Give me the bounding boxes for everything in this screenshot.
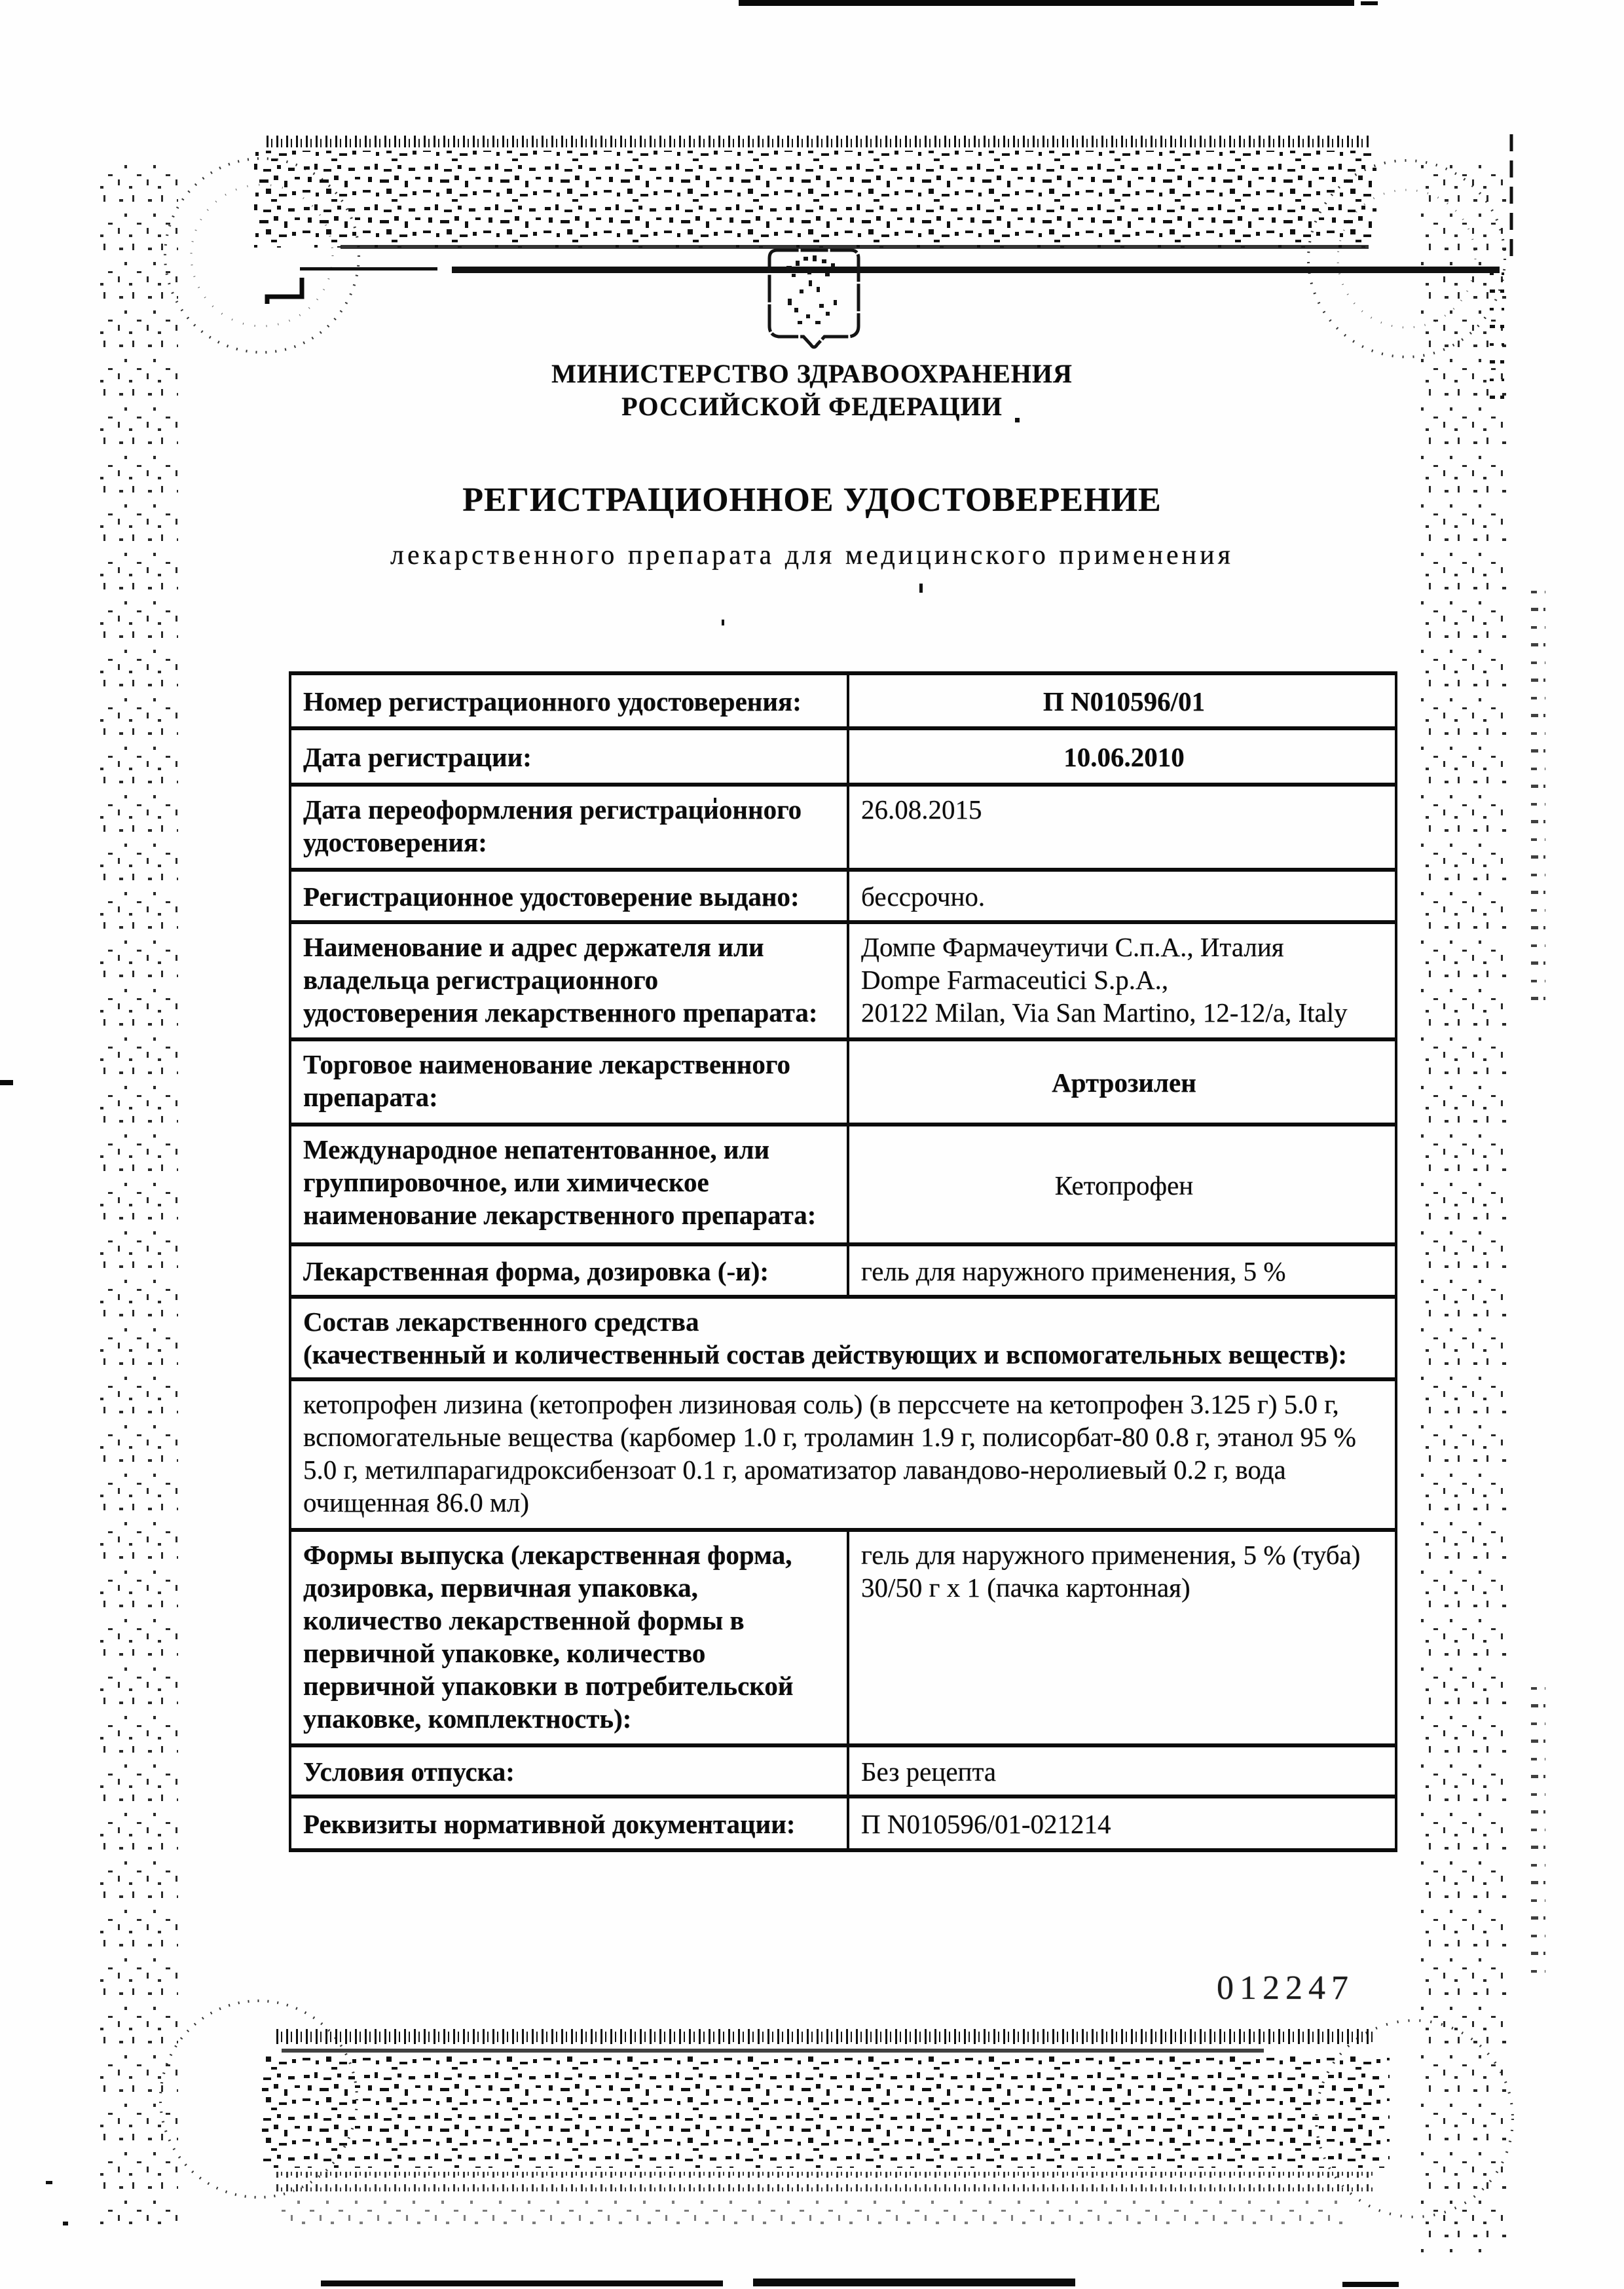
table-row: Условия отпуска: Без рецепта bbox=[290, 1745, 1396, 1796]
table-row: Лекарственная форма, дозировка (-и): гел… bbox=[290, 1244, 1396, 1297]
field-label: Условия отпуска: bbox=[290, 1745, 848, 1796]
table-row: Регистрационное удостоверение выдано: бе… bbox=[290, 870, 1396, 922]
table-row: Номер регистрационного удостоверения: П … bbox=[290, 673, 1396, 728]
field-value: гель для наружного применения, 5 % bbox=[848, 1244, 1396, 1297]
table-row: Состав лекарственного средства (качестве… bbox=[290, 1297, 1396, 1379]
table-row: Дата регистрации: 10.06.2010 bbox=[290, 728, 1396, 785]
table-row: Торговое наименование лекарственного пре… bbox=[290, 1039, 1396, 1125]
table-row: Дата переоформления регистрационного удо… bbox=[290, 785, 1396, 870]
composition-header: Состав лекарственного средства (качестве… bbox=[290, 1297, 1396, 1379]
ministry-line2: РОССИЙСКОЙ ФЕДЕРАЦИИ bbox=[0, 390, 1624, 423]
russia-coat-of-arms-icon bbox=[762, 244, 873, 358]
table-row: кетопрофен лизина (кетопрофен лизиновая … bbox=[290, 1379, 1396, 1530]
field-label: Реквизиты нормативной документации: bbox=[290, 1796, 848, 1850]
table-row: Международное непатентованное, или групп… bbox=[290, 1125, 1396, 1244]
field-value: 10.06.2010 bbox=[848, 728, 1396, 785]
field-label: Международное непатентованное, или групп… bbox=[290, 1125, 848, 1244]
table-row: Наименование и адрес держателя или владе… bbox=[290, 922, 1396, 1039]
field-label: Торговое наименование лекарственного пре… bbox=[290, 1039, 848, 1125]
field-value: 26.08.2015 bbox=[848, 785, 1396, 870]
serial-number-stamp: 012247 bbox=[1217, 1969, 1354, 2007]
field-label: Наименование и адрес держателя или владе… bbox=[290, 922, 848, 1039]
field-value: бессрочно. bbox=[848, 870, 1396, 922]
field-value: П N010596/01-021214 bbox=[848, 1796, 1396, 1850]
field-label: Номер регистрационного удостоверения: bbox=[290, 673, 848, 728]
field-label: Дата переоформления регистрационного удо… bbox=[290, 785, 848, 870]
field-value: Кетопрофен bbox=[848, 1125, 1396, 1244]
document-subtitle: лекарственного препарата для медицинског… bbox=[0, 537, 1624, 574]
document-title: РЕГИСТРАЦИОННОЕ УДОСТОВЕРЕНИЕ bbox=[0, 481, 1624, 520]
field-value: П N010596/01 bbox=[848, 673, 1396, 728]
field-value: Артрозилен bbox=[848, 1039, 1396, 1125]
scanned-registration-certificate: МИНИСТЕРСТВО ЗДРАВООХРАНЕНИЯ РОССИЙСКОЙ … bbox=[0, 0, 1624, 2289]
field-label: Регистрационное удостоверение выдано: bbox=[290, 870, 848, 922]
table-row: Реквизиты нормативной документации: П N0… bbox=[290, 1796, 1396, 1850]
certificate-table: Номер регистрационного удостоверения: П … bbox=[289, 671, 1397, 1852]
field-label: Формы выпуска (лекарственная форма, дози… bbox=[290, 1530, 848, 1745]
ministry-line1: МИНИСТЕРСТВО ЗДРАВООХРАНЕНИЯ bbox=[0, 358, 1624, 390]
field-value: Домпе Фармачеутичи С.п.А., Италия Dompe … bbox=[848, 922, 1396, 1039]
composition-text: кетопрофен лизина (кетопрофен лизиновая … bbox=[290, 1379, 1396, 1530]
ministry-heading: МИНИСТЕРСТВО ЗДРАВООХРАНЕНИЯ РОССИЙСКОЙ … bbox=[0, 358, 1624, 423]
table-row: Формы выпуска (лекарственная форма, дози… bbox=[290, 1530, 1396, 1745]
field-value: гель для наружного применения, 5 % (туба… bbox=[848, 1530, 1396, 1745]
field-value: Без рецепта bbox=[848, 1745, 1396, 1796]
field-label: Дата регистрации: bbox=[290, 728, 848, 785]
field-label: Лекарственная форма, дозировка (-и): bbox=[290, 1244, 848, 1297]
